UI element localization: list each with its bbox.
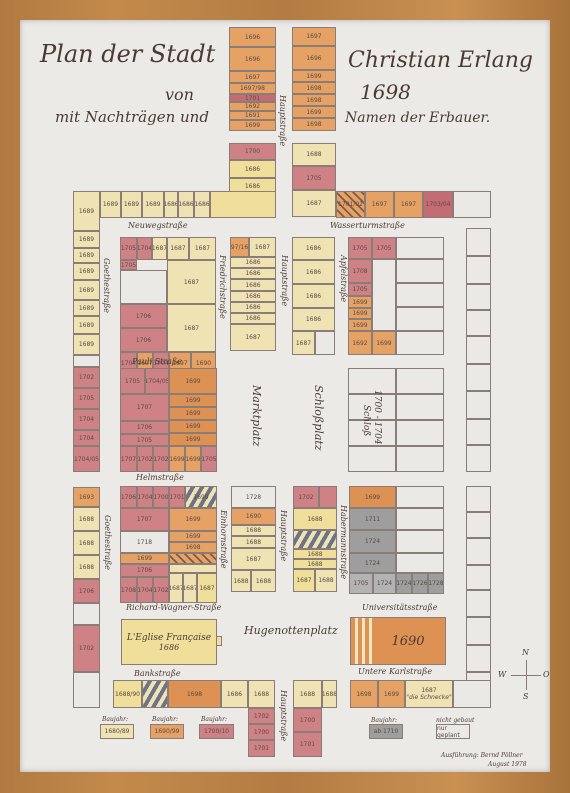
title-line1: Plan der Stadt bbox=[40, 40, 215, 68]
street-paulistrasse: Pauli Straße bbox=[132, 357, 182, 366]
lot[interactable]: 1687 bbox=[169, 573, 183, 603]
street-goethestrasse-top: Goethestraße bbox=[102, 258, 111, 313]
compass-s: S bbox=[523, 692, 528, 701]
lot[interactable]: 1686 bbox=[230, 291, 276, 302]
lot[interactable]: 1704 bbox=[73, 430, 100, 446]
lot[interactable]: 1728 bbox=[231, 486, 276, 508]
lot[interactable]: 1692 bbox=[348, 331, 372, 355]
lot[interactable] bbox=[315, 331, 335, 355]
title-line3-right: Namen der Erbauer. bbox=[345, 110, 490, 126]
lot[interactable]: 1688 bbox=[73, 507, 100, 531]
lot[interactable] bbox=[73, 355, 100, 367]
eglise-francaise[interactable]: L'Eglise Française 1686 bbox=[121, 619, 217, 665]
lot[interactable] bbox=[466, 538, 491, 565]
lot[interactable]: 1705 bbox=[120, 237, 137, 260]
legend-swatch: 1700/10 bbox=[199, 724, 234, 739]
lot[interactable]: 1702 bbox=[73, 367, 100, 388]
street-hauptstrasse-bottom: Hauptstraße bbox=[279, 690, 288, 741]
lot[interactable]: 1700 bbox=[229, 143, 276, 160]
lot[interactable]: 1688 bbox=[231, 570, 251, 592]
lot[interactable]: 1699 bbox=[169, 531, 217, 542]
lot[interactable] bbox=[466, 645, 491, 672]
lot[interactable]: 1697 bbox=[394, 191, 423, 218]
lot[interactable]: 1699 bbox=[292, 70, 336, 82]
lot[interactable]: 1686 bbox=[292, 284, 335, 308]
lot[interactable] bbox=[73, 672, 100, 708]
lot[interactable]: 1699 bbox=[185, 486, 217, 508]
street-universitaet: Universitätsstraße bbox=[362, 603, 438, 612]
lot[interactable] bbox=[466, 512, 491, 538]
lot[interactable]: 1701 bbox=[169, 486, 185, 508]
lot[interactable]: 1686 bbox=[194, 191, 210, 218]
lot[interactable]: 1690 bbox=[231, 508, 276, 525]
lot[interactable]: 1707 bbox=[120, 508, 169, 531]
legend-heading: Baujahr: bbox=[201, 716, 227, 723]
lot[interactable] bbox=[73, 603, 100, 625]
lot[interactable]: 1692 bbox=[229, 102, 276, 111]
lot[interactable]: 1686 bbox=[230, 313, 276, 324]
legend-heading: nicht gebaut bbox=[436, 717, 474, 724]
lot[interactable]: 1706 bbox=[120, 304, 167, 328]
street-hugenottenplatz: Hugenottenplatz bbox=[244, 624, 338, 637]
lot[interactable]: 1686 bbox=[230, 302, 276, 313]
street-hauptstrasse-mid: Hauptstraße bbox=[280, 255, 289, 306]
lot[interactable] bbox=[293, 530, 337, 549]
lot[interactable]: 1688 bbox=[73, 555, 100, 579]
legend-swatch: 1680/89 bbox=[100, 724, 134, 739]
legend-swatch: nur geplant bbox=[436, 724, 470, 739]
lot[interactable] bbox=[466, 364, 491, 391]
lot[interactable]: 1688 bbox=[231, 525, 276, 536]
lot[interactable]: 1702 bbox=[73, 625, 100, 672]
lot[interactable]: 1687 bbox=[152, 237, 167, 260]
schloss-years: 1700 - 1704 bbox=[372, 390, 382, 445]
lot[interactable] bbox=[169, 564, 217, 573]
lot[interactable] bbox=[466, 228, 491, 256]
lot[interactable]: 1728 bbox=[428, 573, 444, 594]
lot[interactable]: 1699 bbox=[169, 446, 185, 472]
schloss-label: Schloß bbox=[361, 405, 371, 436]
lot[interactable]: 1704/05 bbox=[145, 368, 169, 394]
title-line3: mit Nachträgen und bbox=[55, 108, 209, 126]
university-building[interactable]: 1690 bbox=[350, 617, 446, 665]
lot[interactable]: 1689 bbox=[73, 280, 100, 300]
lot[interactable] bbox=[453, 191, 491, 218]
lot[interactable]: 1699 bbox=[348, 319, 372, 331]
lot[interactable]: 1702 bbox=[153, 446, 169, 472]
lot[interactable]: 1698 bbox=[292, 94, 336, 106]
lot[interactable] bbox=[453, 680, 491, 708]
lot[interactable]: 1699 bbox=[378, 680, 405, 708]
lot[interactable]: 1705 bbox=[372, 237, 396, 259]
lot[interactable]: 1687 bbox=[249, 237, 276, 257]
street-friedrichstrasse: Friedrichstraße bbox=[218, 255, 227, 319]
lot[interactable]: 1687 bbox=[189, 237, 216, 260]
lot[interactable]: 1705 bbox=[201, 446, 217, 472]
lot[interactable]: 1696 bbox=[292, 46, 336, 70]
lot[interactable]: 1700 bbox=[153, 486, 169, 508]
lot[interactable]: 1688 bbox=[231, 536, 276, 548]
lot[interactable]: 1706 bbox=[120, 328, 167, 352]
lot-schnecke[interactable]: 1687 "die Schnecke" bbox=[405, 680, 453, 708]
lot[interactable]: 1699 bbox=[169, 368, 217, 394]
eglise-year: 1686 bbox=[159, 643, 179, 652]
lot[interactable]: 1705 bbox=[73, 388, 100, 409]
signature-line2: August 1978 bbox=[488, 761, 527, 768]
lot[interactable] bbox=[348, 446, 396, 472]
lot[interactable] bbox=[396, 553, 444, 573]
street-goethestrasse-low: Goethestraße bbox=[103, 515, 112, 570]
lot[interactable]: 1687 bbox=[167, 237, 189, 260]
lot[interactable]: 1687 bbox=[197, 573, 217, 603]
lot[interactable]: 1705 bbox=[120, 434, 169, 446]
lot[interactable]: 1699 bbox=[169, 508, 217, 531]
street-bankstrasse: Bankstraße bbox=[134, 669, 181, 678]
lot[interactable]: 1688/90 bbox=[113, 680, 142, 708]
lot[interactable]: 1686 bbox=[230, 257, 276, 268]
lot[interactable]: 1699 bbox=[229, 120, 276, 131]
lot[interactable]: 1706 bbox=[120, 486, 137, 508]
lot[interactable]: 1699 bbox=[185, 446, 201, 472]
lot[interactable] bbox=[466, 486, 491, 512]
lot[interactable] bbox=[396, 530, 444, 553]
lot[interactable]: 1689 bbox=[73, 231, 100, 248]
lot[interactable]: 1689 bbox=[142, 191, 164, 218]
lot[interactable]: 1697 bbox=[292, 27, 336, 46]
lot[interactable] bbox=[466, 445, 491, 472]
lot[interactable]: 1708 bbox=[348, 259, 372, 283]
lot[interactable]: 1706 bbox=[120, 564, 169, 577]
lot[interactable] bbox=[319, 486, 337, 508]
lot[interactable]: 1700 bbox=[248, 724, 275, 740]
lot[interactable]: 1699 bbox=[169, 433, 217, 446]
lot[interactable]: 1688 bbox=[293, 508, 337, 530]
legend-swatch: 1690/99 bbox=[150, 724, 184, 739]
lot[interactable]: 1701 bbox=[293, 732, 322, 757]
lot[interactable]: 1701 bbox=[248, 740, 275, 757]
lot[interactable] bbox=[169, 553, 217, 564]
lot[interactable]: 1686 bbox=[164, 191, 178, 218]
lot[interactable]: 1705 bbox=[348, 237, 372, 259]
lot[interactable]: 1687 bbox=[292, 331, 315, 355]
lot[interactable] bbox=[120, 270, 167, 304]
lot[interactable]: 1705 bbox=[120, 368, 145, 394]
lot[interactable]: 1701 bbox=[229, 94, 276, 102]
lot[interactable]: 1724 bbox=[373, 573, 396, 594]
lot[interactable]: 1699 bbox=[169, 420, 217, 433]
lot[interactable] bbox=[396, 331, 444, 355]
legend-heading: Baujahr: bbox=[371, 717, 397, 724]
lot[interactable]: 1687 bbox=[292, 190, 336, 217]
lot[interactable]: 1699 bbox=[372, 331, 396, 355]
lot[interactable]: 1688 bbox=[293, 680, 322, 708]
lot[interactable]: 1724 bbox=[349, 553, 396, 573]
lot[interactable]: 1704 bbox=[137, 577, 153, 603]
lot[interactable]: 1705 bbox=[348, 283, 372, 296]
street-einhornstrasse: Einhornstraße bbox=[219, 510, 228, 569]
lot[interactable]: 1702 bbox=[137, 446, 153, 472]
eglise-label: L'Eglise Française bbox=[127, 633, 211, 643]
lot[interactable] bbox=[396, 368, 444, 394]
lot[interactable]: 1688 bbox=[293, 549, 337, 559]
lot[interactable]: 1686 bbox=[292, 308, 335, 331]
lot[interactable]: 1698 bbox=[292, 82, 336, 94]
signature-line1: Ausführung: Bernd Pöllner bbox=[441, 752, 523, 759]
lot[interactable] bbox=[210, 191, 276, 218]
lot[interactable]: 1687 bbox=[231, 548, 276, 570]
lot[interactable]: 1704 bbox=[73, 409, 100, 430]
lot[interactable] bbox=[466, 284, 491, 310]
lot[interactable] bbox=[466, 336, 491, 364]
lot[interactable]: 1688 bbox=[315, 569, 337, 592]
compass-w: W bbox=[498, 670, 506, 679]
lot[interactable]: 1697 bbox=[365, 191, 394, 218]
lot[interactable]: 1708 bbox=[120, 577, 137, 603]
lot[interactable]: 1697/1699 bbox=[230, 237, 249, 257]
lot[interactable]: 1688 bbox=[73, 531, 100, 555]
lot[interactable] bbox=[396, 446, 444, 472]
lot[interactable]: 1711 bbox=[349, 508, 396, 530]
lot[interactable]: 1689 bbox=[73, 334, 100, 355]
lot[interactable]: 1688 bbox=[251, 570, 276, 592]
street-wasserturmstrasse: Wasserturmstraße bbox=[330, 221, 405, 230]
lot[interactable]: 1704 bbox=[137, 486, 153, 508]
lot[interactable]: 1689 bbox=[73, 316, 100, 334]
lot[interactable]: 1724 bbox=[349, 530, 396, 553]
lot[interactable]: 1700 bbox=[293, 708, 322, 732]
lot[interactable]: 1686 bbox=[292, 237, 335, 260]
lot[interactable]: 1718 bbox=[120, 531, 169, 553]
lot[interactable] bbox=[396, 283, 444, 307]
eglise-annex bbox=[216, 636, 222, 646]
lot[interactable]: 1702 bbox=[153, 577, 169, 603]
lot[interactable]: 1724 bbox=[396, 573, 412, 594]
lot[interactable]: 1687 bbox=[167, 304, 216, 352]
lot[interactable]: 1688 bbox=[292, 143, 336, 166]
lot[interactable]: 1726 bbox=[412, 573, 428, 594]
compass-o: O bbox=[543, 670, 550, 679]
lot[interactable]: 1704/05 bbox=[73, 446, 100, 472]
lot[interactable]: 1686 bbox=[178, 191, 194, 218]
street-untere-karlstrasse: Untere Karlstraße bbox=[358, 667, 432, 676]
lot[interactable]: 1707 bbox=[120, 446, 137, 472]
street-marktplatz: Marktplatz bbox=[250, 385, 263, 447]
lot[interactable]: 1687 bbox=[230, 324, 276, 351]
street-helmstrasse: Helmstraße bbox=[136, 473, 184, 482]
legend-heading: Baujahr: bbox=[102, 716, 128, 723]
lot[interactable] bbox=[466, 617, 491, 645]
compass-n: N bbox=[522, 648, 529, 657]
lot[interactable]: 1697 bbox=[229, 71, 276, 83]
lot[interactable]: 1687 bbox=[293, 569, 315, 592]
lot[interactable]: 1699 bbox=[348, 308, 372, 319]
title-von: von bbox=[165, 85, 194, 104]
university-year: 1690 bbox=[391, 634, 424, 649]
lot[interactable]: 1704 bbox=[137, 237, 152, 260]
lot[interactable] bbox=[396, 307, 444, 331]
lot[interactable] bbox=[142, 680, 168, 708]
lot[interactable]: 1688 bbox=[322, 680, 337, 708]
lot[interactable]: 1703/04 bbox=[423, 191, 453, 218]
lot[interactable]: 1707 bbox=[120, 394, 169, 421]
lot[interactable] bbox=[466, 590, 491, 617]
lot[interactable] bbox=[372, 259, 396, 331]
lot[interactable]: 1686 bbox=[229, 160, 276, 178]
lot[interactable] bbox=[396, 394, 444, 420]
street-richard-wagner: Richard-Wagner-Straße bbox=[126, 603, 221, 612]
lot[interactable]: 1698 bbox=[169, 542, 217, 553]
lot[interactable]: 1697/98 bbox=[229, 83, 276, 94]
lot[interactable] bbox=[466, 391, 491, 419]
lot[interactable]: 1686 bbox=[292, 260, 335, 284]
lot[interactable]: 1689 bbox=[73, 248, 100, 263]
lot[interactable]: 1687 bbox=[183, 573, 197, 603]
lot[interactable]: 1705 bbox=[292, 166, 336, 190]
title-year: 1698 bbox=[360, 80, 411, 104]
lot[interactable]: 1706 bbox=[120, 421, 169, 434]
lot[interactable]: 1699 bbox=[349, 486, 396, 508]
lot[interactable]: 1705 bbox=[349, 573, 373, 594]
lot[interactable]: 1689 bbox=[73, 191, 100, 231]
lot[interactable] bbox=[466, 565, 491, 590]
lot[interactable]: 1686 bbox=[230, 279, 276, 291]
lot[interactable]: 1705 bbox=[120, 260, 137, 270]
lot[interactable]: 1698 bbox=[292, 118, 336, 131]
lot[interactable]: 1702 bbox=[293, 486, 319, 508]
lot[interactable] bbox=[466, 310, 491, 336]
street-habermannstrasse: Habermannstraße bbox=[339, 505, 348, 579]
lot[interactable]: 1698 bbox=[168, 680, 221, 708]
lot[interactable] bbox=[396, 508, 444, 530]
title-author: Christian Erlang bbox=[348, 48, 533, 73]
lot[interactable]: 1689 bbox=[121, 191, 142, 218]
street-apfelstrasse: Apfelstraße bbox=[339, 255, 348, 302]
lot[interactable]: 1688 bbox=[248, 680, 275, 708]
legend-swatch: ab 1710 bbox=[369, 724, 403, 739]
lot[interactable]: 1702 bbox=[248, 708, 275, 724]
street-hauptstrasse-top: Hauptstraße bbox=[278, 95, 287, 146]
legend-heading: Baujahr: bbox=[152, 716, 178, 723]
lot[interactable]: 1699 bbox=[348, 296, 372, 308]
lot[interactable]: 1689 bbox=[73, 263, 100, 280]
lot[interactable]: 1699 bbox=[169, 394, 217, 407]
hatched-section bbox=[351, 618, 375, 664]
lot[interactable]: 1689 bbox=[73, 300, 100, 316]
lot[interactable] bbox=[466, 256, 491, 284]
lot[interactable]: 1706 bbox=[73, 579, 100, 603]
lot[interactable]: 1698 bbox=[350, 680, 378, 708]
lot[interactable] bbox=[466, 419, 491, 445]
lot[interactable]: 1689 bbox=[100, 191, 121, 218]
lot[interactable] bbox=[396, 420, 444, 446]
street-hauptstrasse-low: Hauptstraße bbox=[279, 510, 288, 561]
lot[interactable] bbox=[396, 486, 444, 508]
lot[interactable] bbox=[396, 259, 444, 283]
lot-year: 1687 bbox=[421, 687, 436, 694]
lot[interactable]: 1696 bbox=[229, 47, 276, 71]
lot[interactable]: 1701/02 bbox=[336, 191, 365, 218]
lot[interactable]: 1699 bbox=[120, 553, 169, 564]
lot[interactable]: 1693 bbox=[73, 487, 100, 507]
lot[interactable]: 1686 bbox=[230, 268, 276, 279]
lot-name: "die Schnecke" bbox=[406, 694, 451, 701]
lot[interactable]: 1691 bbox=[229, 111, 276, 120]
lot[interactable]: 1699 bbox=[292, 106, 336, 118]
street-schlossplatz: Schloßplatz bbox=[312, 385, 325, 451]
lot[interactable]: 1688 bbox=[293, 559, 337, 569]
lot[interactable] bbox=[396, 237, 444, 259]
lot[interactable]: 1687 bbox=[167, 260, 216, 304]
street-neuwegstrasse: Neuwegstraße bbox=[128, 221, 188, 230]
lot[interactable]: 1699 bbox=[169, 407, 217, 420]
lot[interactable]: 1686 bbox=[221, 680, 248, 708]
lot[interactable]: 1696 bbox=[229, 27, 276, 47]
